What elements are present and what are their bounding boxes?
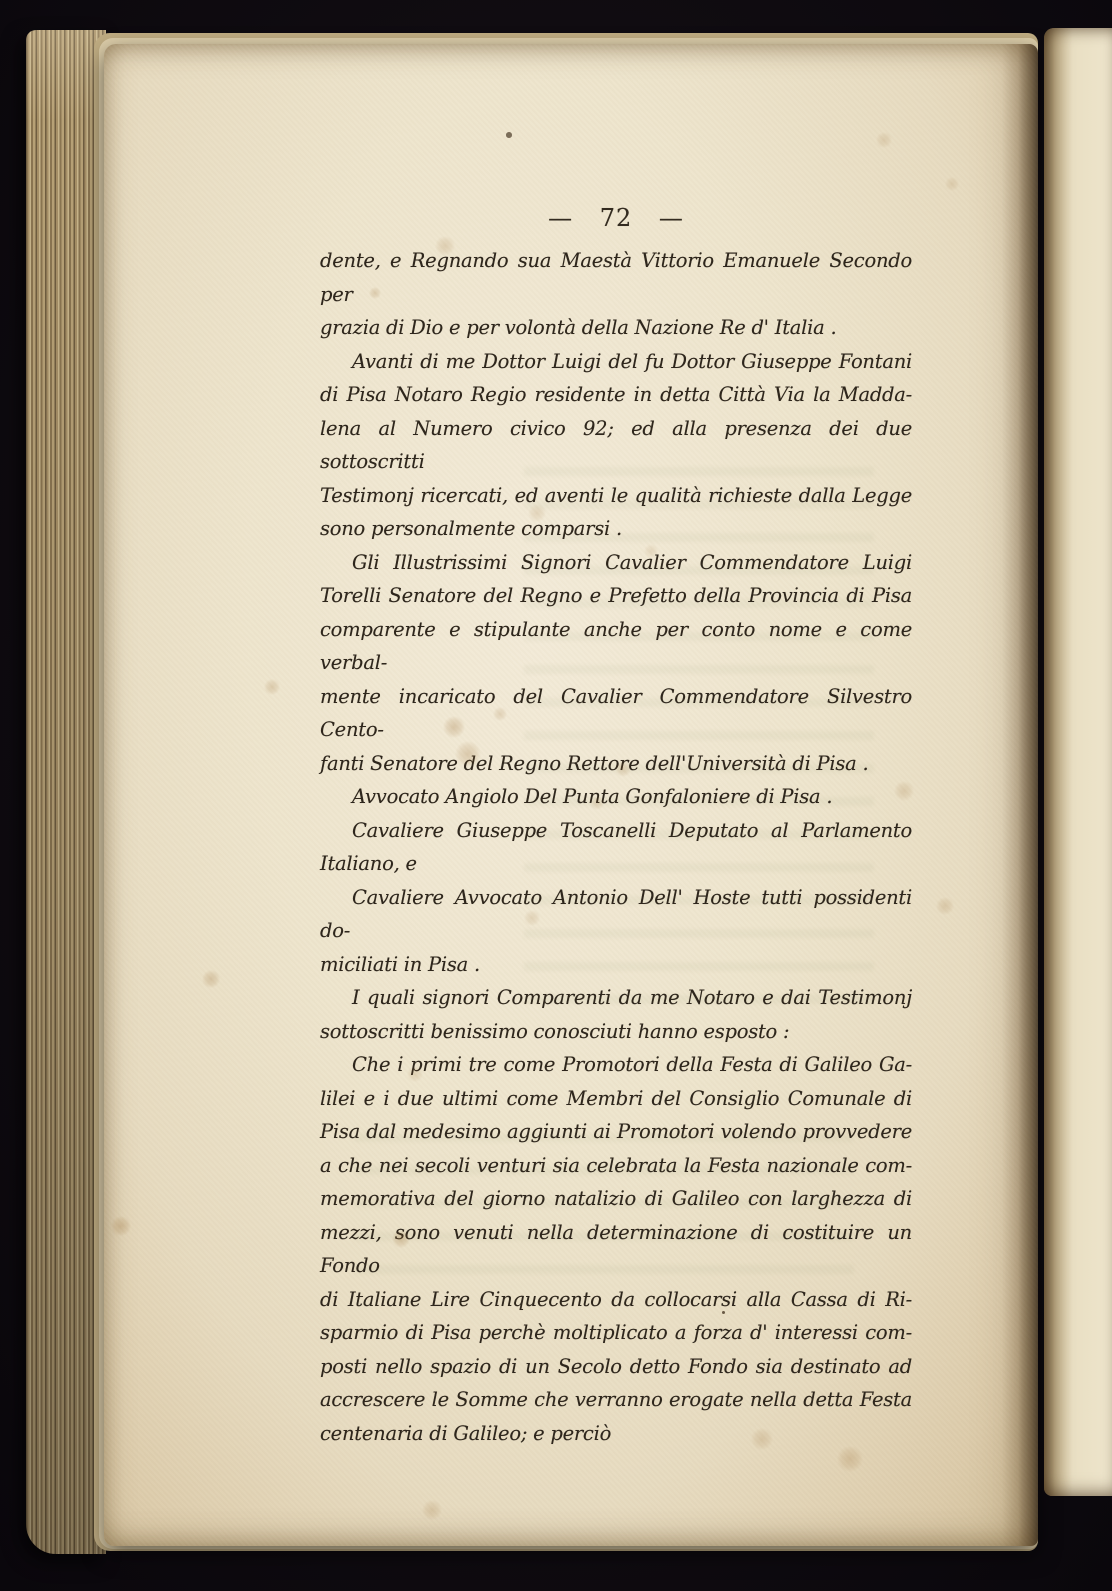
text-line: sparmio di Pisa perchè moltiplicato a fo… — [320, 1316, 912, 1350]
foxing-spot — [936, 897, 954, 915]
foxing-spot — [876, 132, 892, 148]
foxing-spot — [202, 970, 220, 988]
book-gutter-shadow — [1002, 44, 1038, 1546]
text-line: Cavaliere Giuseppe Toscanelli Deputato a… — [320, 814, 912, 848]
text-line: grazia di Dio e per volontà della Nazion… — [320, 311, 912, 345]
text-line: accrescere le Somme che verranno erogate… — [320, 1383, 912, 1417]
page-text-block: dente, e Regnando sua Maestà Vittorio Em… — [320, 244, 912, 1450]
text-line: di Pisa Notaro Regio residente in detta … — [320, 378, 912, 412]
page-number-text: — 72 — — [548, 204, 684, 232]
text-line: centenaria di Galileo; e perciò — [320, 1417, 912, 1451]
adjacent-page-edge — [1044, 28, 1112, 1496]
text-line: lilei e i due ultimi come Membri del Con… — [320, 1082, 912, 1116]
text-line: Che i primi tre come Promotori della Fes… — [320, 1048, 912, 1082]
text-line: Avvocato Angiolo Del Punta Gonfaloniere … — [320, 780, 912, 814]
text-line: mezzi, sono venuti nella determinazione … — [320, 1216, 912, 1283]
text-line: miciliati in Pisa . — [320, 948, 912, 982]
foxing-spot — [111, 1216, 131, 1236]
text-line: Avanti di me Dottor Luigi del fu Dottor … — [320, 345, 912, 379]
text-line: Gli Illustrissimi Signori Cavalier Comme… — [320, 546, 912, 580]
foxing-spot — [264, 679, 280, 695]
text-line: mente incaricato del Cavalier Commendato… — [320, 680, 912, 747]
text-line: Testimonj ricercati, ed aventi le qualit… — [320, 479, 912, 513]
book-page: — 72 — dente, e Regnando sua Maestà Vitt… — [104, 44, 1038, 1546]
book-photograph: — 72 — dente, e Regnando sua Maestà Vitt… — [0, 0, 1112, 1591]
foxing-spot — [945, 177, 959, 191]
text-line: posti nello spazio di un Secolo detto Fo… — [320, 1350, 912, 1384]
text-line: lena al Numero civico 92; ed alla presen… — [320, 412, 912, 479]
ink-speck — [506, 132, 512, 138]
text-line: di Italiane Lire Cinquecento da collocar… — [320, 1283, 912, 1317]
text-line: Torelli Senatore del Regno e Prefetto de… — [320, 579, 912, 613]
text-line: Italiano, e — [320, 847, 912, 881]
text-line: I quali signori Comparenti da me Notaro … — [320, 981, 912, 1015]
text-line: Cavaliere Avvocato Antonio Dell' Hoste t… — [320, 881, 912, 948]
text-line: memorativa del giorno natalizio di Galil… — [320, 1182, 912, 1216]
text-line: comparente e stipulante anche per conto … — [320, 613, 912, 680]
text-line: sottoscritti benissimo conosciuti hanno … — [320, 1015, 912, 1049]
text-line: a che nei secoli venturi sia celebrata l… — [320, 1149, 912, 1183]
text-line: Pisa dal medesimo aggiunti ai Promotori … — [320, 1115, 912, 1149]
foxing-spot — [422, 1500, 442, 1520]
text-line: fanti Senatore del Regno Rettore dell'Un… — [320, 747, 912, 781]
text-line: sono personalmente comparsi . — [320, 512, 912, 546]
page-number: — 72 — — [320, 204, 912, 232]
text-line: dente, e Regnando sua Maestà Vittorio Em… — [320, 244, 912, 311]
